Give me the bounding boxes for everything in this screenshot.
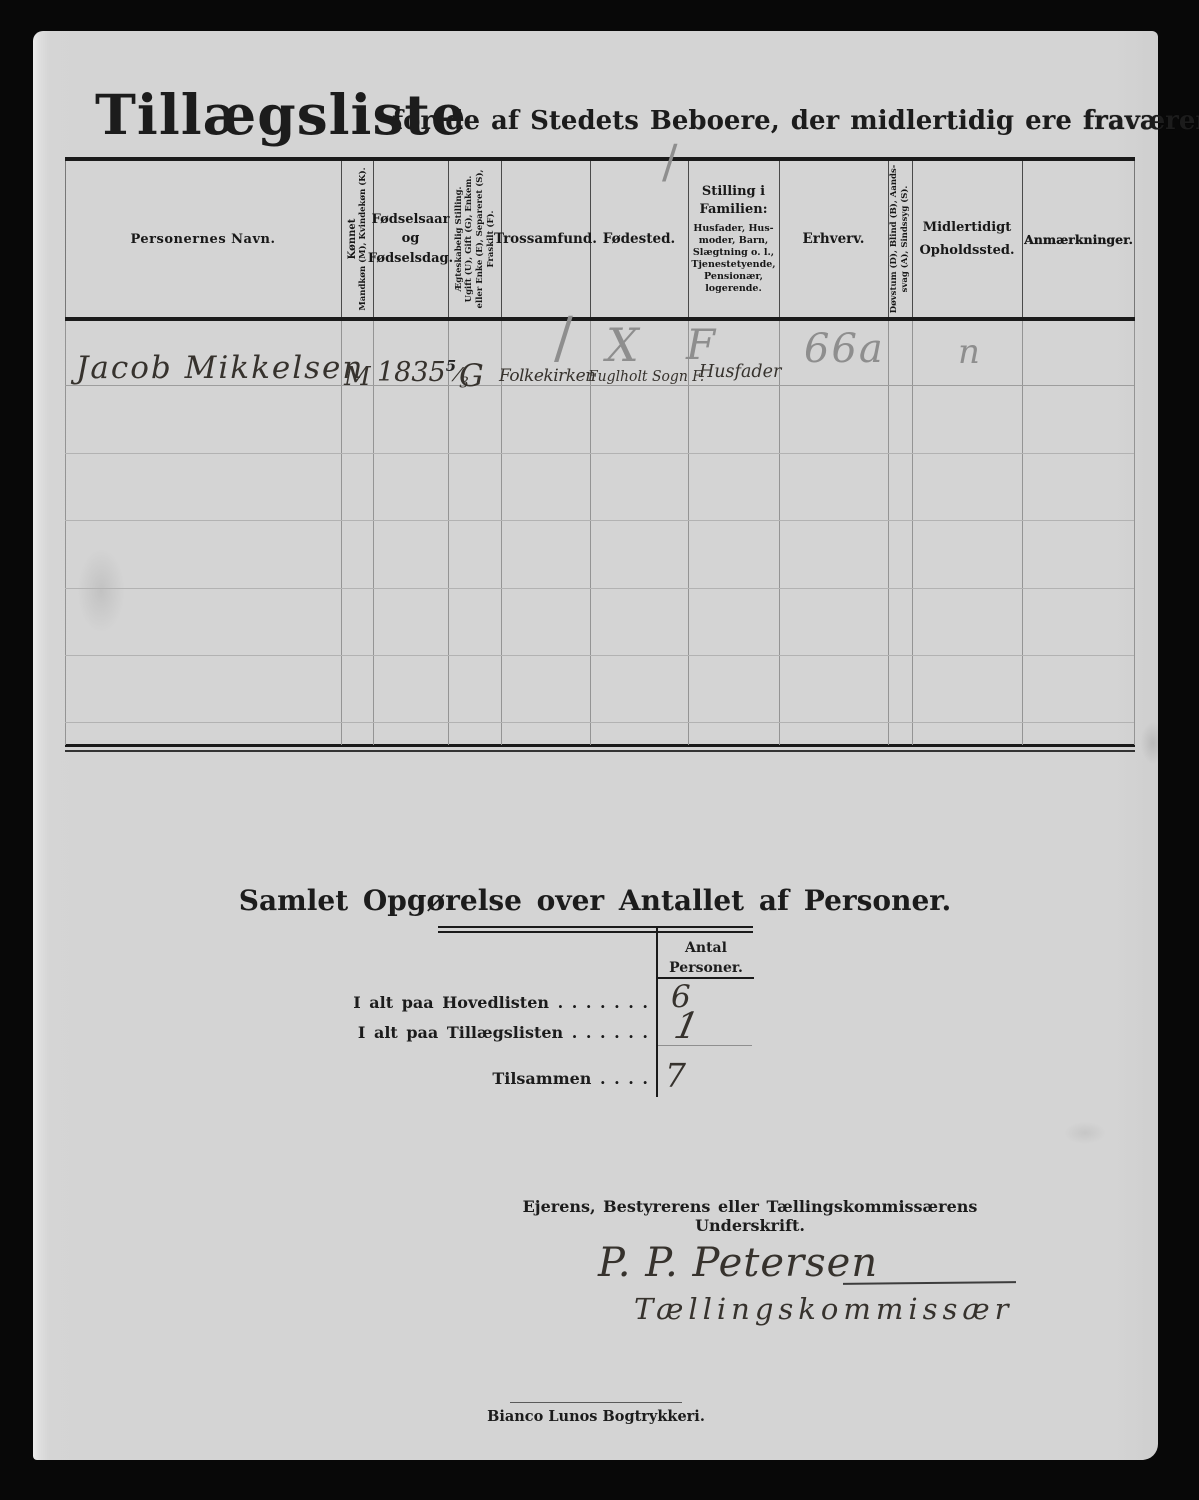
family-header-subline: logerende. <box>705 283 762 295</box>
entry-occupation-pencil: 66a <box>804 326 885 372</box>
family-header-subline: Tjenestetyende, <box>691 259 775 271</box>
table-bottom-rule-2 <box>65 750 1135 752</box>
pencil-mark-family-f: F <box>686 320 715 369</box>
column-header-faith: Trossamfund. <box>501 161 590 317</box>
birth-header-line: og <box>402 229 420 249</box>
pencil-mark-faith-slash: / <box>554 306 573 371</box>
column-line <box>1134 321 1135 745</box>
sex-header-line: Mandkøn (M), Kvindekøn (K). <box>358 167 368 310</box>
signature-role: Tællingskommissær <box>634 1292 1014 1326</box>
marital-header-line: Ægteskabelig Stilling. <box>453 186 464 291</box>
column-header-name-label: Personernes Navn. <box>130 232 275 247</box>
row-line <box>65 520 1134 521</box>
sex-header-line: Kønnet <box>347 219 358 260</box>
summary-row-label: I alt paa Tillægslisten . . . . . . <box>340 1023 648 1042</box>
family-header-subline: Husfader, Hus- <box>693 223 773 235</box>
table-header-bottom-rule <box>65 317 1135 321</box>
entry-sex: M <box>344 362 371 392</box>
page-subtitle: for de af Stedets Beboere, der midlertid… <box>392 106 1199 136</box>
birth-header-line: Fødselsaar <box>372 210 450 230</box>
column-header-name: Personernes Navn. <box>65 161 341 317</box>
column-header-occupation: Erhverv. <box>779 161 888 317</box>
column-header-birth: Fødselsaar og Fødselsdag. <box>373 161 448 317</box>
footer-rule <box>510 1402 682 1403</box>
family-header-line: Familien: <box>699 201 767 219</box>
summary-row-label: Tilsammen . . . . <box>340 1069 648 1088</box>
family-header-subline: moder, Barn, <box>699 235 768 247</box>
column-header-disability: Døvstum (D), Blind (B), Aands- svag (A),… <box>888 161 912 317</box>
pencil-mark-birthplace-cross: X <box>606 318 639 372</box>
footer-imprint: Bianco Lunos Bogtrykkeri. <box>430 1408 762 1425</box>
family-header-line: Stilling i <box>702 183 765 201</box>
summary-row-label: I alt paa Hovedlisten . . . . . . . <box>340 993 648 1012</box>
entry-birth-day: 5 <box>446 357 456 375</box>
faith-header-label: Trossamfund. <box>494 231 597 247</box>
residence-header-line: Opholdssted. <box>919 239 1014 262</box>
disability-header-line: svag (A), Sindssyg (S). <box>900 186 911 293</box>
signature-label: Ejerens, Bestyrerens eller Tællingskommi… <box>480 1197 1020 1235</box>
disability-header-line: Døvstum (D), Blind (B), Aands- <box>889 165 900 314</box>
remarks-header-label: Anmærkninger. <box>1024 232 1133 247</box>
summary-top-rule-2 <box>438 931 753 933</box>
page-subtitle-text: for de af Stedets Beboere, der midlertid… <box>392 106 1072 136</box>
entry-name: Jacob Mikkelsen <box>76 350 364 386</box>
summary-title: Samlet Opgørelse over Antallet af Person… <box>155 884 1035 917</box>
summary-col-header: Antal Personer. <box>658 938 754 979</box>
family-header-subline: Pensionær, <box>704 271 763 283</box>
column-header-sex: Kønnet Mandkøn (M), Kvindekøn (K). <box>341 161 373 317</box>
row-line <box>65 588 1134 589</box>
summary-col-header-line: Antal <box>658 938 754 958</box>
table-bottom-rule <box>65 744 1135 747</box>
residence-header-line: Midlertidigt <box>923 216 1012 239</box>
birth-header-line: Fødselsdag. <box>368 249 453 269</box>
summary-divider-rule <box>658 1045 752 1046</box>
scanned-census-document: Tillægsliste for de af Stedets Beboere, … <box>0 0 1199 1500</box>
entry-birthdate: 18355⁄3 <box>377 357 469 391</box>
row-line <box>65 722 1134 723</box>
summary-top-rule <box>438 926 753 928</box>
entry-birth-year: 1835 <box>377 357 446 388</box>
page-subtitle-emphasis: fraværende. <box>1083 106 1199 136</box>
signature-name: P. P. Petersen <box>598 1240 878 1286</box>
birthplace-header-label: Fødested. <box>603 231 675 247</box>
occupation-header-label: Erhverv. <box>803 231 865 247</box>
column-header-residence: Midlertidigt Opholdssted. <box>912 161 1022 317</box>
marital-header-line: Ugift (U), Gift (G), Enkem. <box>464 176 475 303</box>
marital-header-line: eller Enke (E), Separeret (S), <box>475 170 486 309</box>
entry-residence-pencil: n <box>958 332 980 372</box>
summary-row-value: 7 <box>665 1056 686 1095</box>
summary-col-header-line: Personer. <box>658 958 754 978</box>
column-header-family: Stilling i Familien: Husfader, Hus- mode… <box>688 161 779 317</box>
family-header-subline: Slægtning o. l., <box>693 247 774 259</box>
entry-faith: Folkekirken <box>499 366 596 386</box>
row-line <box>65 655 1134 656</box>
column-header-remarks: Anmærkninger. <box>1022 161 1135 317</box>
pencil-mark-top-slash: / <box>662 134 678 188</box>
row-line <box>65 453 1134 454</box>
entry-marital: G <box>459 358 484 394</box>
